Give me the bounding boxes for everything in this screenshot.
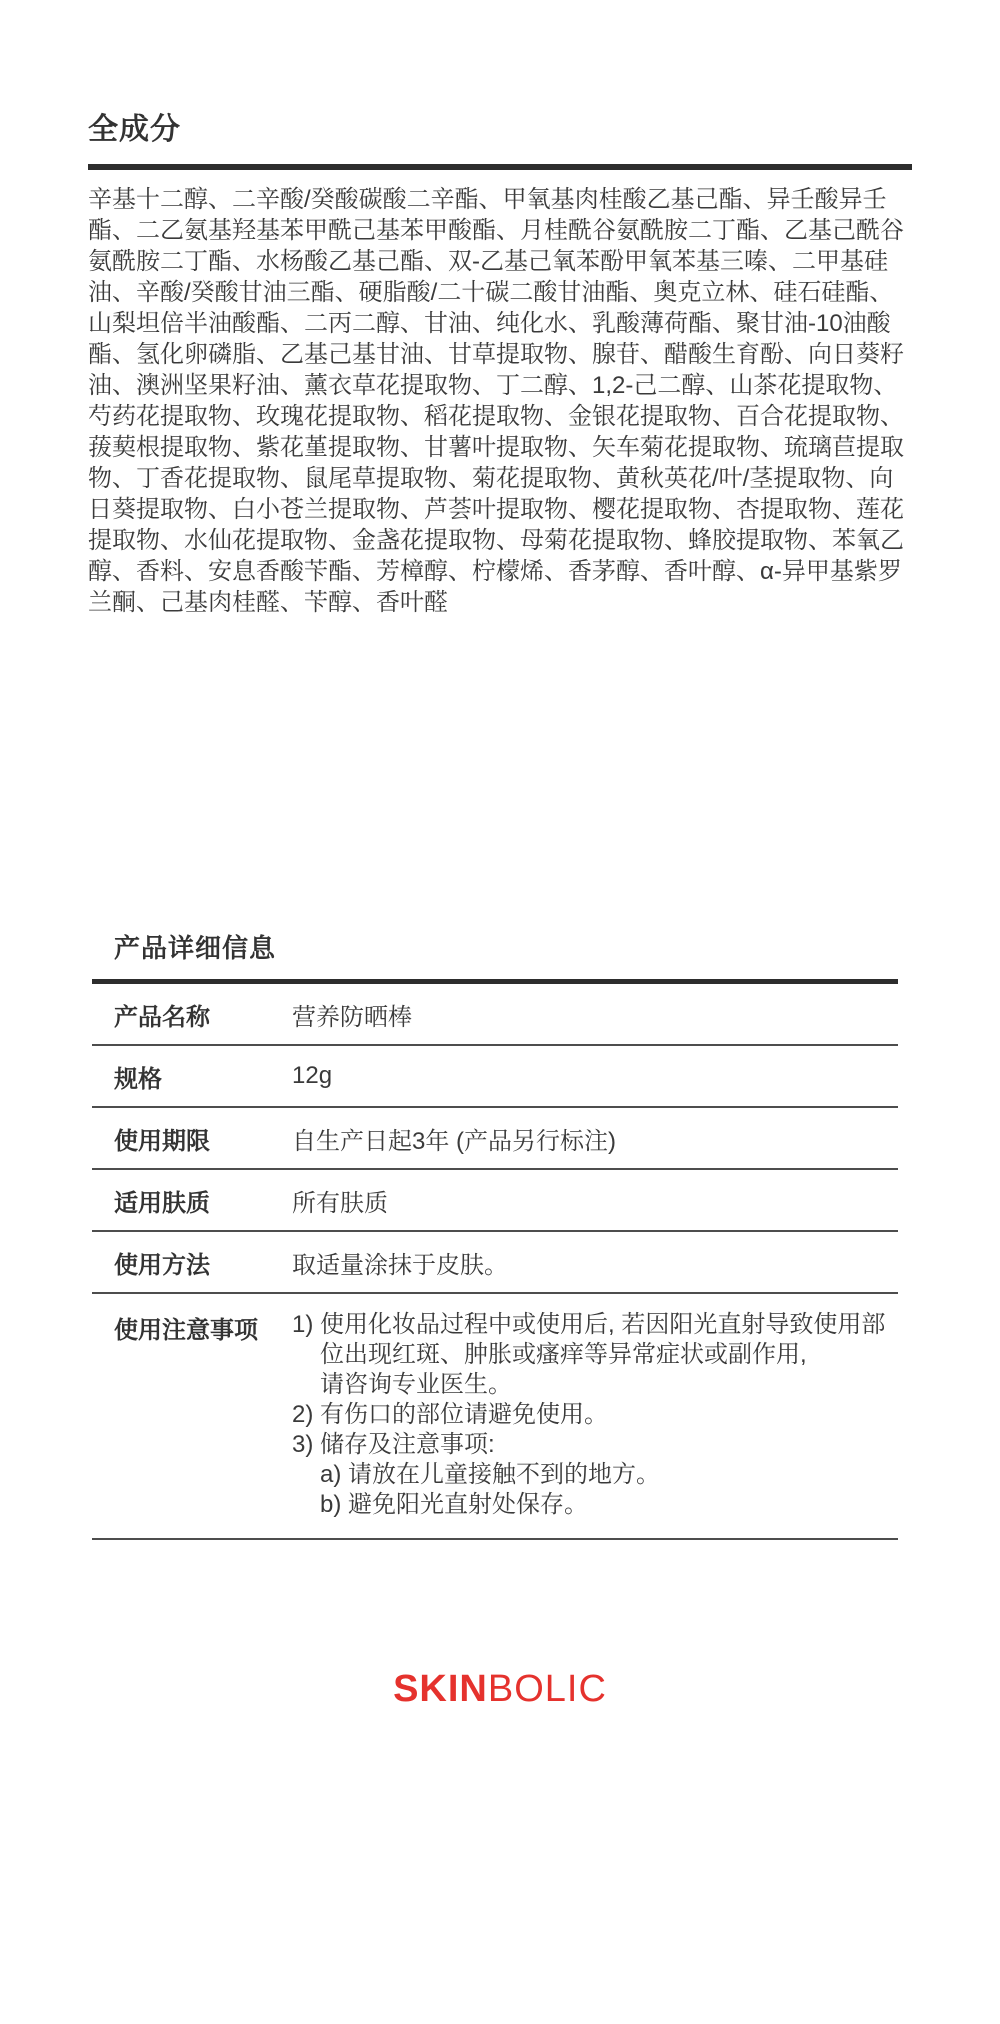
row-value-caution: 1) 使用化妆品过程中或使用后, 若因阳光直射导致使用部 位出现红斑、肿胀或瘙痒…	[292, 1310, 898, 1520]
table-row: 规格 12g	[92, 1046, 898, 1108]
caution-line: 1) 使用化妆品过程中或使用后, 若因阳光直射导致使用部	[292, 1310, 898, 1340]
row-value-usage: 取适量涂抹于皮肤。	[292, 1245, 898, 1280]
row-label-expiry: 使用期限	[92, 1121, 292, 1156]
table-row: 产品名称 营养防晒棒	[92, 984, 898, 1046]
table-row-caution: 使用注意事项 1) 使用化妆品过程中或使用后, 若因阳光直射导致使用部 位出现红…	[92, 1294, 898, 1540]
caution-line: 位出现红斑、肿胀或瘙痒等异常症状或副作用,	[292, 1340, 898, 1370]
row-label-product-name: 产品名称	[92, 997, 292, 1032]
brand-logo: SKINBOLIC	[0, 1668, 1000, 1711]
row-value-product-name: 营养防晒棒	[292, 997, 898, 1032]
brand-logo-bolic: BOLIC	[488, 1668, 607, 1710]
ingredients-text: 辛基十二醇、二辛酸/癸酸碳酸二辛酯、甲氧基肉桂酸乙基己酯、异壬酸异壬酯、二乙氨基…	[88, 184, 912, 618]
ingredients-divider	[88, 164, 912, 170]
product-details-section: 产品详细信息 产品名称 营养防晒棒 规格 12g 使用期限 自生产日起3年 (产…	[92, 928, 898, 1540]
row-value-skin-type: 所有肤质	[292, 1183, 898, 1218]
table-row: 适用肤质 所有肤质	[92, 1170, 898, 1232]
caution-line: b) 避免阳光直射处保存。	[292, 1490, 898, 1520]
caution-line: a) 请放在儿童接触不到的地方。	[292, 1460, 898, 1490]
table-row: 使用期限 自生产日起3年 (产品另行标注)	[92, 1108, 898, 1170]
table-row: 使用方法 取适量涂抹于皮肤。	[92, 1232, 898, 1294]
row-value-size: 12g	[292, 1062, 898, 1090]
row-label-skin-type: 适用肤质	[92, 1183, 292, 1218]
brand-logo-skin: SKIN	[393, 1668, 488, 1710]
ingredients-title: 全成分	[88, 104, 912, 148]
caution-line: 2) 有伤口的部位请避免使用。	[292, 1400, 898, 1430]
ingredients-section: 全成分 辛基十二醇、二辛酸/癸酸碳酸二辛酯、甲氧基肉桂酸乙基己酯、异壬酸异壬酯、…	[88, 104, 912, 618]
product-details-title: 产品详细信息	[114, 928, 898, 965]
row-value-expiry: 自生产日起3年 (产品另行标注)	[292, 1121, 898, 1156]
row-label-caution: 使用注意事项	[92, 1310, 292, 1345]
row-label-usage: 使用方法	[92, 1245, 292, 1280]
product-detail-page: 全成分 辛基十二醇、二辛酸/癸酸碳酸二辛酯、甲氧基肉桂酸乙基己酯、异壬酸异壬酯、…	[0, 0, 1000, 2024]
row-label-size: 规格	[92, 1059, 292, 1094]
caution-line: 3) 储存及注意事项:	[292, 1430, 898, 1460]
caution-line: 请咨询专业医生。	[292, 1370, 898, 1400]
